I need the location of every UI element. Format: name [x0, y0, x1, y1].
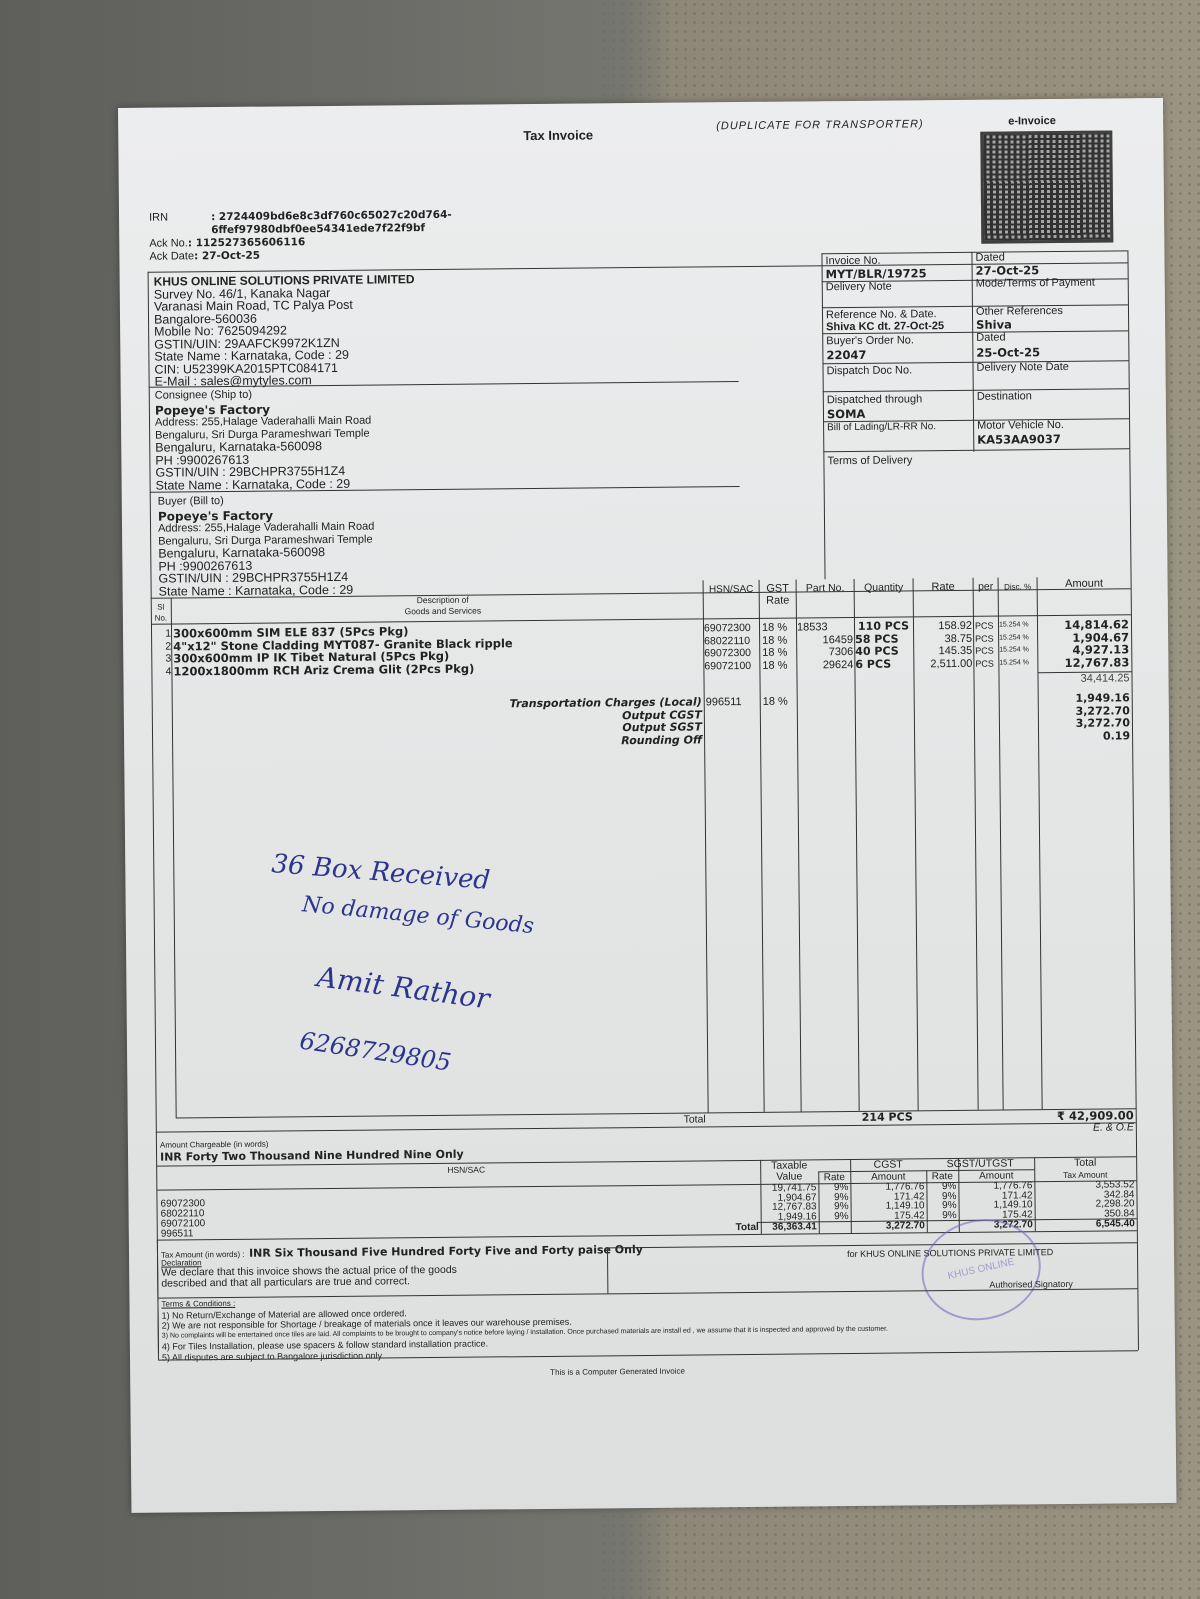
- row-quantity: 6 PCS: [855, 658, 912, 671]
- row-rate: 145.35: [914, 645, 972, 658]
- ack-date-label: Ack Date: [149, 250, 194, 262]
- tax-words-value: INR Six Thousand Five Hundred Forty Five…: [249, 1243, 643, 1260]
- delivery-note-label: Delivery Note: [826, 281, 892, 295]
- row-per: PCS: [975, 645, 994, 658]
- row-hsn: 69072300: [704, 622, 751, 635]
- buyers-order-label: Buyer's Order No.: [826, 334, 914, 348]
- row-part-no: 16459: [797, 633, 853, 646]
- row-rate: 38.75: [914, 632, 972, 645]
- col-qty-header: Quantity: [855, 582, 913, 594]
- delivery-note-date-label: Delivery Note Date: [976, 361, 1068, 375]
- tax-total-taxable: 36,363.41: [761, 1222, 817, 1233]
- vehicle-label: Motor Vehicle No.: [977, 419, 1064, 433]
- computer-generated-note: This is a Computer Generated Invoice: [550, 1367, 685, 1377]
- declaration-text: We declare that this invoice shows the a…: [161, 1265, 457, 1290]
- eoe-label: E. & O.E: [1042, 1121, 1134, 1134]
- row-gst-rate: 18 %: [762, 634, 787, 647]
- total-label: Total: [628, 1113, 706, 1126]
- row-discount: 15.254 %: [999, 632, 1029, 645]
- dated-value: 27-Oct-25: [976, 264, 1040, 278]
- charge-hsn: 996511: [706, 696, 742, 709]
- col-gst-header-2: Rate: [760, 596, 796, 607]
- ack-date-value: : 27-Oct-25: [194, 250, 260, 263]
- col-part-header: Part No.: [797, 583, 854, 595]
- order-dated-value: 25-Oct-25: [976, 346, 1040, 360]
- row-sl: 2: [153, 640, 171, 653]
- irn-value-2: 6ffef97980dbf0ee54341ede7f22f9bf: [211, 222, 425, 236]
- col-sl-header: Sl No.: [152, 602, 170, 624]
- payment-terms-label: Mode/Terms of Payment: [976, 277, 1095, 291]
- tax-row-sgst-rate: 9%: [927, 1211, 957, 1222]
- row-description: 1200x1800mm RCH Ariz Crema Glit (2Pcs Pk…: [173, 662, 474, 677]
- row-amount: 12,767.83: [1037, 656, 1129, 669]
- irn-block: IRN: 2724409bd6e8c3df760c65027c20d764- 6…: [149, 206, 709, 263]
- reference-value: Shiva KC dt. 27-Oct-25: [826, 320, 944, 334]
- row-part-no: 7306: [797, 646, 853, 659]
- row-per: PCS: [975, 657, 994, 670]
- tax-total-label: Total: [697, 1223, 759, 1234]
- col-hsn-header: HSN/SAC: [704, 584, 759, 596]
- ack-no-value: : 112527365606116: [188, 236, 306, 249]
- document-title: Tax Invoice: [523, 127, 593, 143]
- row-sl: 4: [153, 665, 171, 678]
- invoice-no-value: MYT/BLR/19725: [826, 267, 927, 281]
- row-per: PCS: [975, 620, 994, 633]
- irn-value: : 2724409bd6e8c3df760c65027c20d764-: [211, 209, 452, 223]
- items-subtotal: 34,414.25: [1037, 672, 1129, 685]
- tax-total-cgst: 3,272.70: [851, 1221, 925, 1232]
- row-rate: 2,511.00: [914, 657, 972, 670]
- buyer-block: Buyer (Bill to) Popeye's Factory Address…: [158, 490, 719, 597]
- col-rate-header: Rate: [914, 582, 973, 594]
- row-gst-rate: 18 %: [762, 622, 787, 635]
- order-dated-label: Dated: [976, 331, 1005, 344]
- col-gst-header: GST: [760, 584, 796, 595]
- terms-of-delivery-label: Terms of Delivery: [827, 454, 912, 468]
- col-per-header: per: [974, 582, 998, 593]
- vehicle-value: KA53AA9037: [977, 433, 1061, 447]
- row-part-no: 29624: [797, 658, 853, 671]
- total-tax-header: Total: [1034, 1157, 1136, 1169]
- row-quantity: 40 PCS: [855, 645, 912, 658]
- terms-block: Terms & Conditions : 1) No Return/Exchan…: [161, 1293, 888, 1363]
- seller-block: KHUS ONLINE SOLUTIONS PRIVATE LIMITED Su…: [154, 270, 715, 388]
- charge-gst-rate: 18 %: [763, 696, 788, 709]
- total-quantity: 214 PCS: [862, 1111, 913, 1124]
- ack-no-label: Ack No.: [149, 237, 188, 249]
- row-gst-rate: 18 %: [762, 647, 787, 660]
- col-desc-header-2: Goods and Services: [323, 605, 563, 618]
- dispatch-doc-label: Dispatch Doc No.: [827, 364, 913, 378]
- destination-label: Destination: [977, 390, 1032, 404]
- invoice-details-grid: Invoice No. MYT/BLR/19725 Dated 27-Oct-2…: [821, 250, 1130, 583]
- row-part-no: 18533: [797, 621, 853, 634]
- consignee-block: Consignee (Ship to) Popeye's Factory Add…: [155, 384, 716, 491]
- row-quantity: 110 PCS: [855, 620, 912, 633]
- qr-code-icon: [980, 130, 1113, 243]
- charge-amount: 0.19: [1038, 730, 1130, 743]
- row-rate: 158.92: [914, 620, 972, 633]
- row-discount: 15.254 %: [999, 619, 1029, 632]
- tax-total-amount: 6,545.40: [1035, 1219, 1135, 1230]
- taxable-header-2: Value: [760, 1171, 818, 1183]
- row-per: PCS: [975, 632, 994, 645]
- buyers-order-value: 22047: [826, 349, 866, 362]
- signatory-company: for KHUS ONLINE SOLUTIONS PRIVATE LIMITE…: [847, 1247, 1053, 1259]
- dispatched-through-label: Dispatched through: [827, 393, 923, 407]
- sgst-header: SGST/UTGST: [926, 1158, 1034, 1170]
- bill-of-lading-label: Bill of Lading/LR-RR No.: [827, 420, 936, 434]
- einvoice-label: e-Invoice: [1008, 115, 1056, 127]
- col-amount-header: Amount: [1038, 578, 1131, 590]
- col-disc-header: Disc. %: [999, 581, 1037, 592]
- irn-label: IRN: [149, 211, 211, 225]
- row-hsn: 69072300: [704, 647, 751, 660]
- row-sl: 3: [153, 653, 171, 666]
- row-gst-rate: 18 %: [762, 659, 787, 672]
- tax-hsn-header: HSN/SAC: [406, 1164, 526, 1176]
- tax-invoice-document: Tax Invoice (DUPLICATE FOR TRANSPORTER) …: [118, 98, 1176, 1513]
- row-hsn: 69072100: [704, 659, 751, 672]
- other-ref-value: Shiva: [976, 318, 1012, 331]
- row-hsn: 68022110: [704, 634, 750, 647]
- row-discount: 15.254 %: [999, 657, 1029, 670]
- copy-label: (DUPLICATE FOR TRANSPORTER): [716, 118, 924, 132]
- dispatched-through-value: SOMA: [827, 408, 866, 421]
- row-sl: 1: [153, 628, 171, 641]
- row-discount: 15.254 %: [999, 644, 1029, 657]
- tax-row-cgst-rate: 9%: [819, 1212, 849, 1223]
- amount-words-label: Amount Chargeable (in words): [160, 1140, 269, 1150]
